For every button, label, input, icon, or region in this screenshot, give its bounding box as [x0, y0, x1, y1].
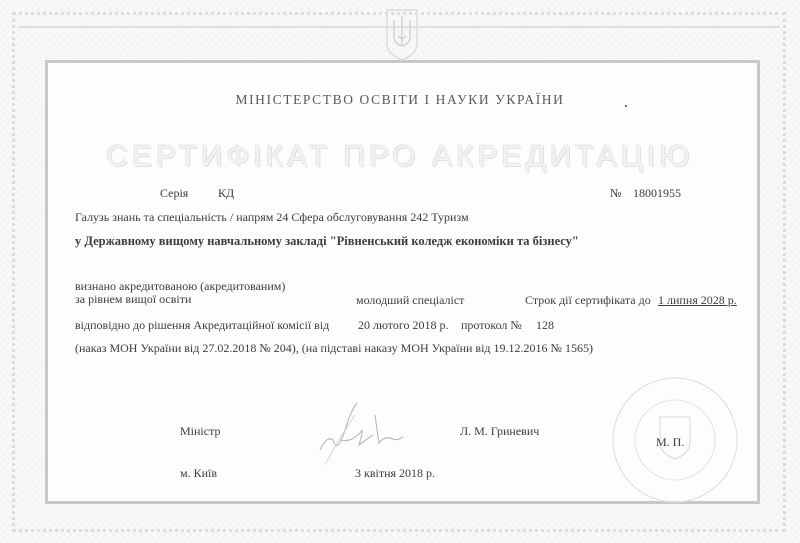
handwritten-signature-icon: [315, 395, 410, 470]
series-label: Серія: [160, 186, 188, 201]
certificate-page: МІНІСТЕРСТВО ОСВІТИ І НАУКИ УКРАЇНИ СЕРТ…: [0, 0, 800, 543]
signatory-position: Міністр: [180, 424, 220, 439]
validity-label: Строк дії сертифіката до: [525, 293, 651, 308]
trident-emblem-icon: [384, 6, 420, 62]
signatory-name: Л. М. Гриневич: [460, 424, 539, 439]
field-of-study: Галузь знань та спеціальність / напрям 2…: [75, 210, 469, 225]
certificate-number: 18001955: [633, 186, 681, 201]
series-value: КД: [218, 186, 234, 201]
issue-city: м. Київ: [180, 466, 217, 481]
education-level-label: за рівнем вищої освіти: [75, 292, 191, 307]
number-label: №: [610, 186, 621, 201]
certificate-title: СЕРТИФІКАТ ПРО АКРЕДИТАЦІЮ: [0, 140, 800, 174]
issue-date: 3 квітня 2018 р.: [355, 466, 435, 481]
stamp-placeholder-label: М. П.: [656, 435, 684, 450]
education-level-value: молодший спеціаліст: [356, 293, 464, 308]
validity-date: 1 липня 2028 р.: [658, 293, 737, 308]
decision-date: 20 лютого 2018 р.: [358, 318, 449, 333]
decision-text: відповідно до рішення Акредитаційної ком…: [75, 318, 329, 333]
institution-name: у Державному вищому навчальному закладі …: [75, 234, 579, 249]
orders-text: (наказ МОН України від 27.02.2018 № 204)…: [75, 341, 593, 356]
protocol-number: 128: [536, 318, 554, 333]
ministry-heading: МІНІСТЕРСТВО ОСВІТИ І НАУКИ УКРАЇНИ: [0, 92, 800, 108]
protocol-label: протокол №: [461, 318, 522, 333]
